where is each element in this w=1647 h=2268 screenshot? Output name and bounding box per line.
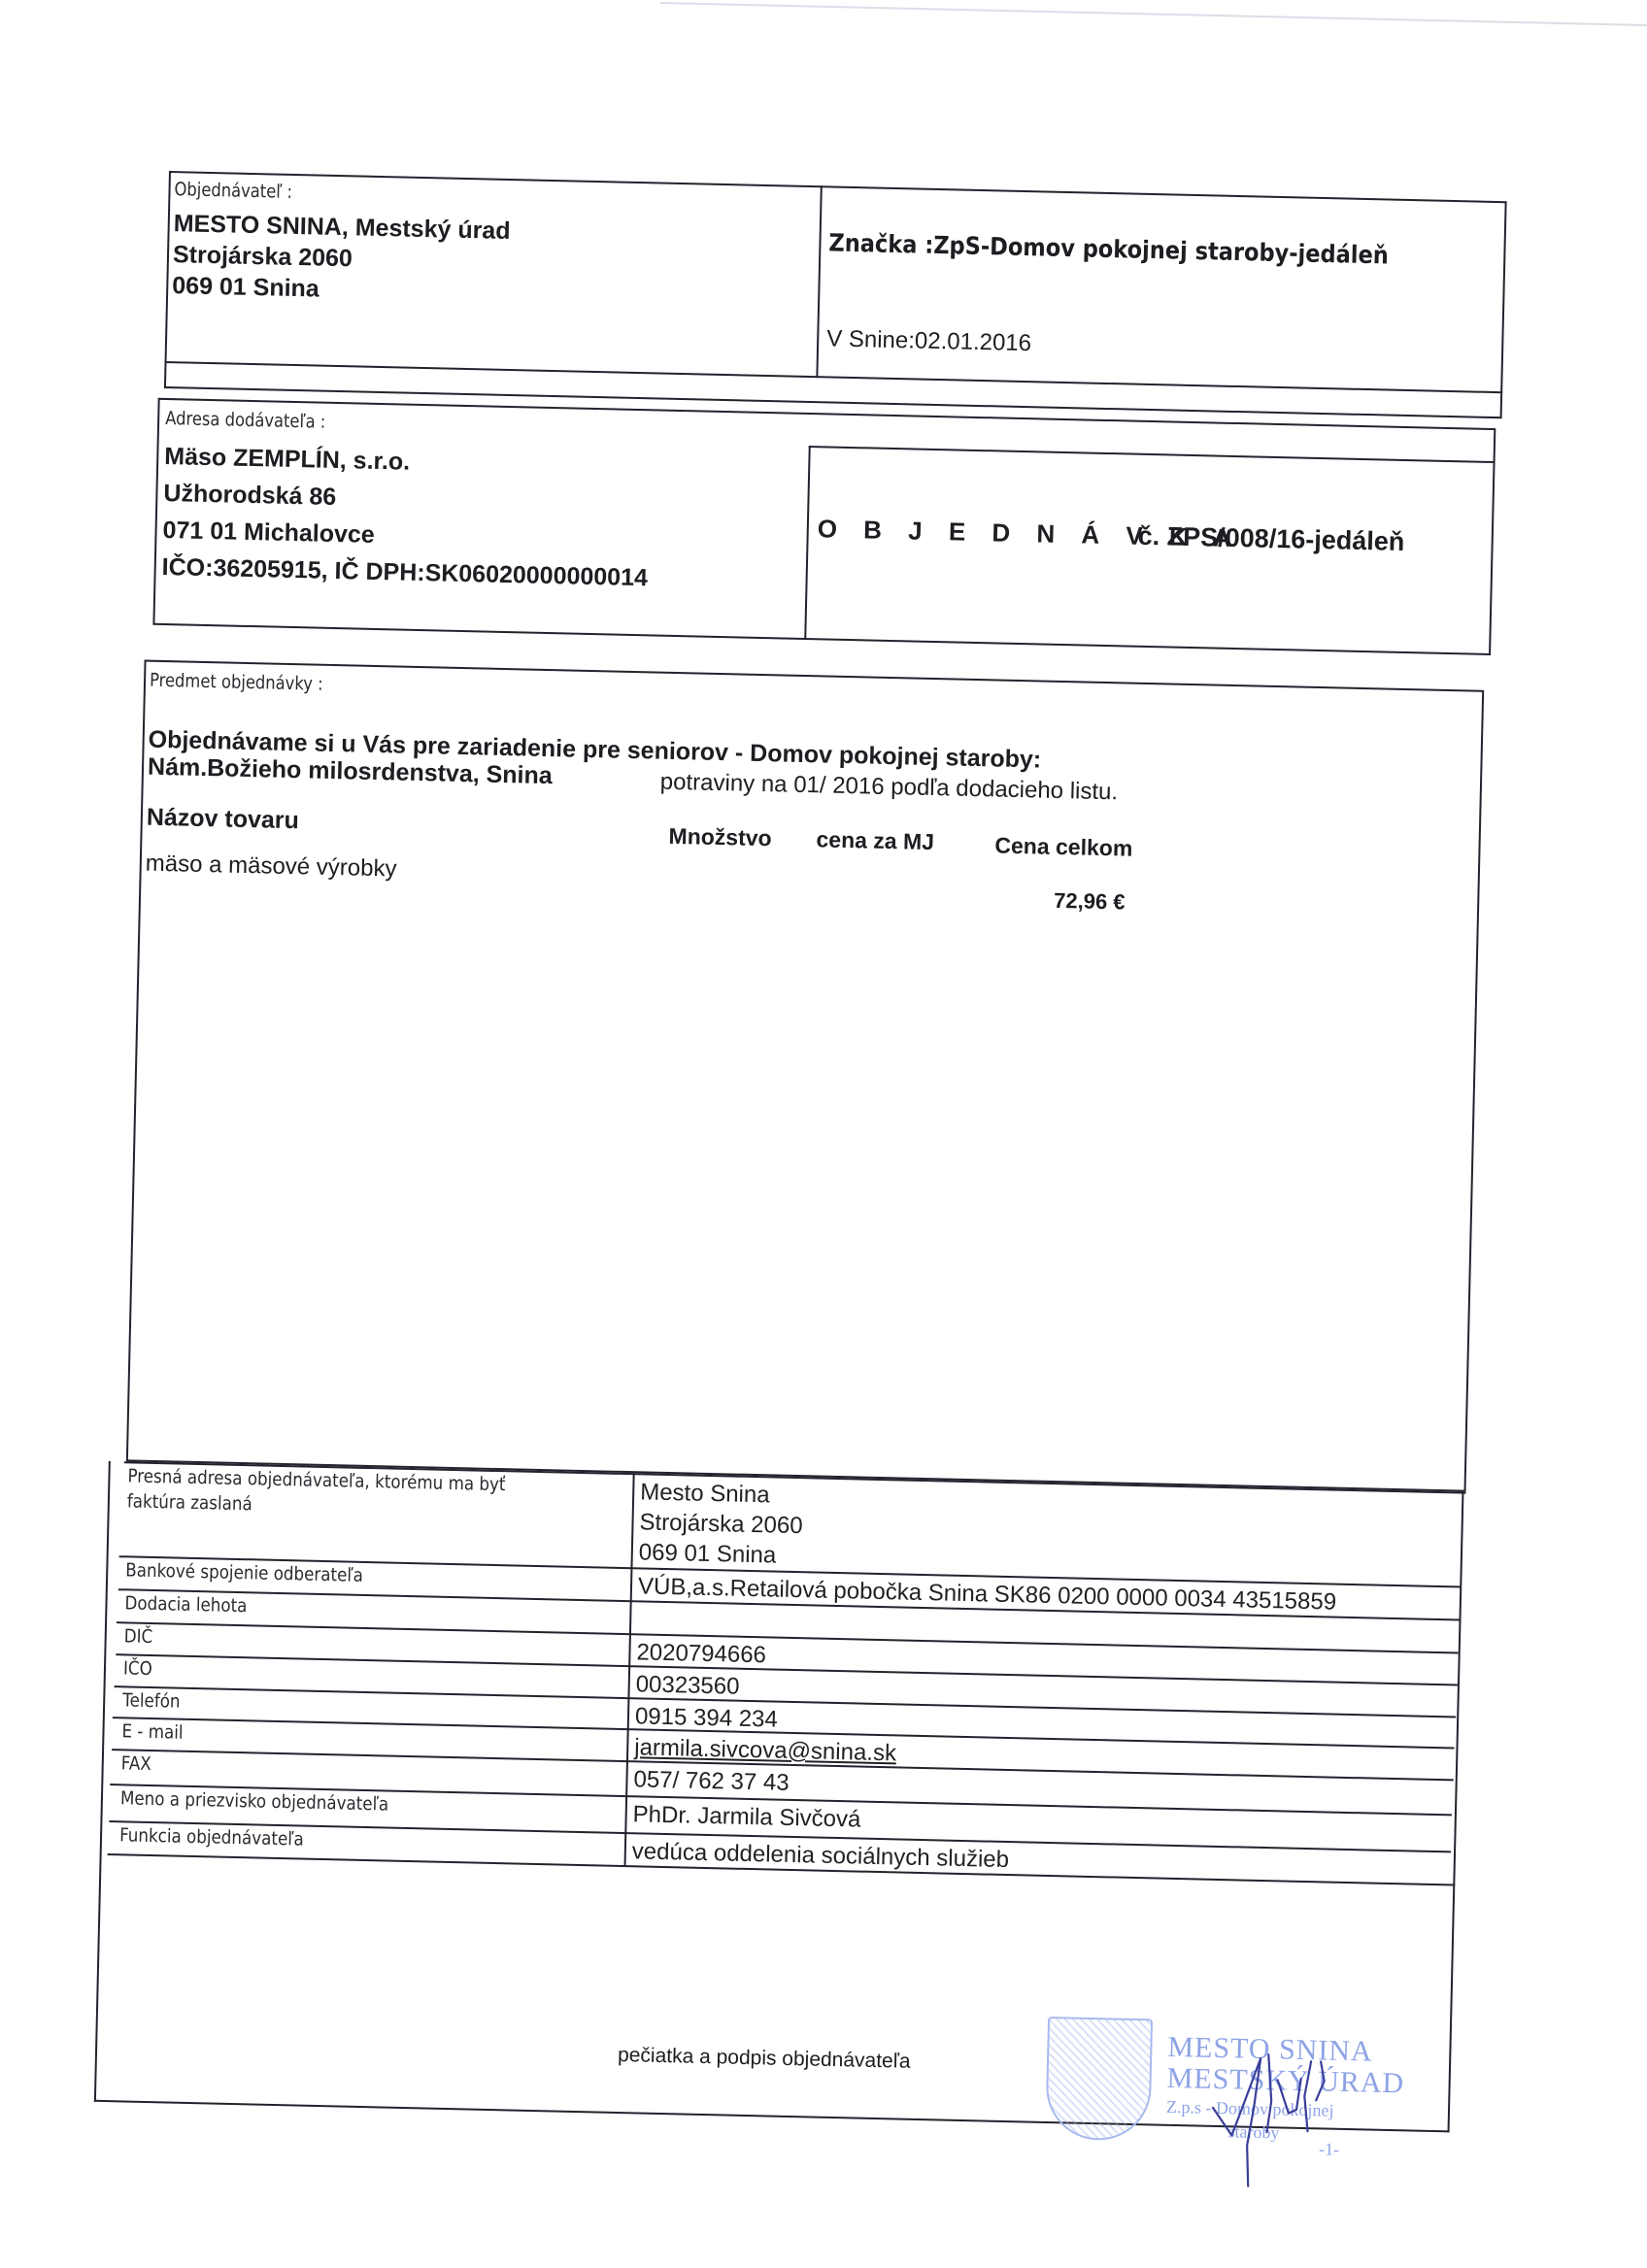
supplier-label: Adresa dodávateľa : xyxy=(165,408,326,433)
supplier-name: Mäso ZEMPLÍN, s.r.o. xyxy=(164,443,410,477)
item-name: mäso a mäsové výrobky xyxy=(145,850,396,884)
supplier-city: 071 01 Michalovce xyxy=(162,517,375,550)
orderer-street: Strojárska 2060 xyxy=(173,241,353,273)
order-date: V Snine:02.01.2016 xyxy=(826,325,1031,357)
scan-edge-artifact xyxy=(660,2,1647,26)
stamp-coat-of-arms-icon xyxy=(1045,2017,1153,2141)
column-quantity: Množstvo xyxy=(668,823,772,851)
order-form: Objednávateľ : MESTO SNINA, Mestský úrad… xyxy=(124,171,1528,2162)
orderer-label: Objednávateľ : xyxy=(174,179,292,203)
orderer-box xyxy=(164,171,1507,418)
item-total: 72,96 € xyxy=(1054,888,1126,916)
signature-box xyxy=(94,1461,1464,2133)
order-number: č. ZPS/008/16-jedáleň xyxy=(1137,521,1404,557)
subject-label: Predmet objednávky : xyxy=(150,670,323,695)
column-item: Názov tovaru xyxy=(147,804,300,836)
column-unit-price: cena za MJ xyxy=(816,826,934,855)
column-total: Cena celkom xyxy=(994,832,1132,861)
orderer-city: 069 01 Snina xyxy=(172,272,319,303)
supplier-street: Užhorodská 86 xyxy=(163,480,336,512)
handwritten-signature-icon xyxy=(1201,2040,1380,2209)
